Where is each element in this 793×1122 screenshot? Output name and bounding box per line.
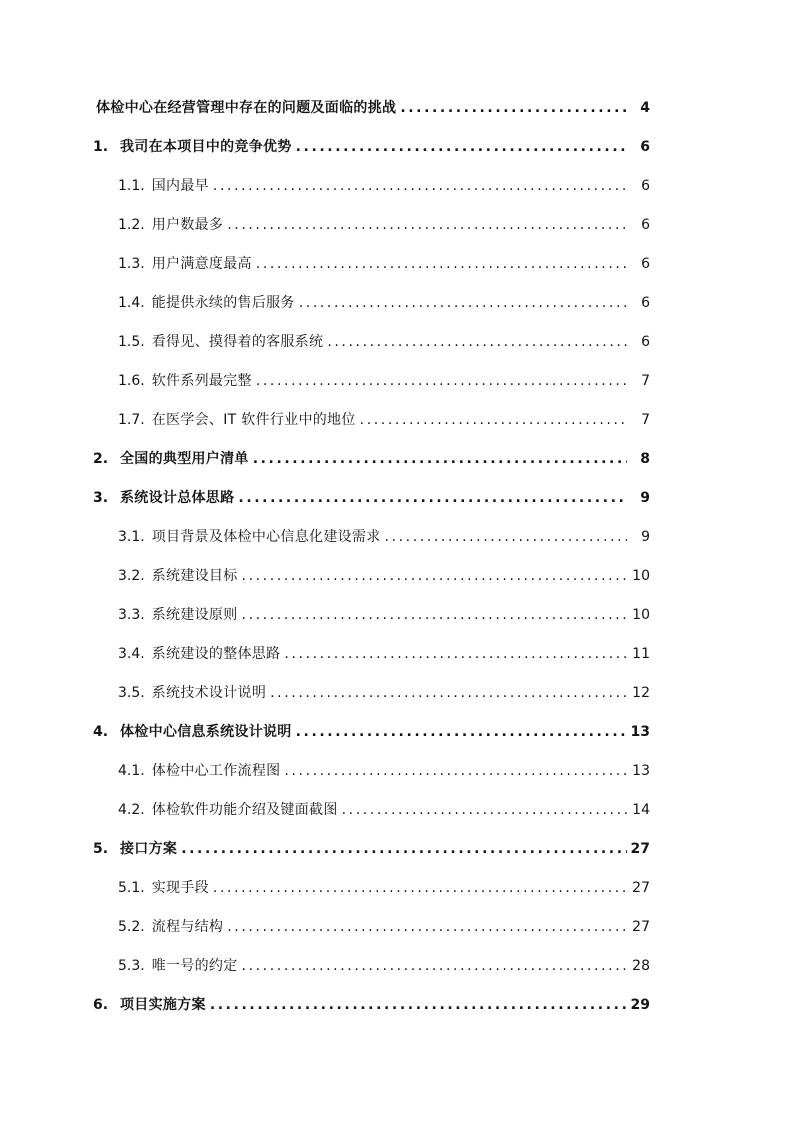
- toc-entry-page: 7: [630, 373, 650, 389]
- toc-entry-title: 项目背景及体检中心信息化建设需求: [152, 529, 381, 545]
- toc-entry-number: 3.: [93, 490, 120, 506]
- toc-dot-leader: [227, 217, 627, 233]
- toc-entry-page: 6: [630, 139, 650, 155]
- toc-entry-title: 流程与结构: [152, 919, 224, 935]
- toc-entry-title: 体检中心在经营管理中存在的问题及面临的挑战: [96, 100, 396, 116]
- document-page: 体检中心在经营管理中存在的问题及面临的挑战 4 1. 我司在本项目中的竞争优势 …: [0, 0, 793, 1122]
- toc-entry-title: 能提供永续的售后服务: [152, 295, 295, 311]
- toc-dot-leader: [242, 607, 627, 623]
- toc-entry-title: 软件系列最完整: [152, 373, 252, 389]
- toc-entry-page: 9: [630, 490, 650, 506]
- toc-entry-number: 4.2.: [118, 802, 145, 818]
- toc-entry: 4.2. 体检软件功能介绍及键面截图 14: [93, 802, 650, 818]
- toc-entry: 1.1. 国内最早 6: [93, 178, 650, 194]
- toc-entry: 5. 接口方案 27: [93, 841, 650, 857]
- toc-entry-page: 6: [630, 256, 650, 272]
- toc-entry: 2. 全国的典型用户清单 8: [93, 451, 650, 467]
- toc-entry-title: 唯一号的约定: [152, 958, 238, 974]
- toc-entry-number: 4.: [93, 724, 120, 740]
- toc-dot-leader: [299, 295, 627, 311]
- toc-dot-leader: [296, 139, 627, 155]
- toc-entry-number: 1.5.: [118, 334, 145, 350]
- toc-entry-page: 6: [630, 217, 650, 233]
- toc-entry: 4. 体检中心信息系统设计说明 13: [93, 724, 650, 740]
- toc-dot-leader: [213, 178, 627, 194]
- toc-dot-leader: [181, 841, 627, 857]
- toc-entry-number: 1.3.: [118, 256, 145, 272]
- toc-entry-page: 27: [630, 880, 650, 896]
- toc-entry-title: 全国的典型用户清单: [120, 451, 249, 467]
- toc-entry-page: 13: [630, 763, 650, 779]
- toc-entry-number: 1.1.: [118, 178, 145, 194]
- toc-entry-page: 9: [630, 529, 650, 545]
- toc-entry-title: 系统技术设计说明: [152, 685, 266, 701]
- toc-entry: 3.5. 系统技术设计说明 12: [93, 685, 650, 701]
- toc-entry: 1.3. 用户满意度最高 6: [93, 256, 650, 272]
- toc-entry: 5.3. 唯一号的约定 28: [93, 958, 650, 974]
- toc-entry-title: 项目实施方案: [120, 997, 206, 1013]
- toc-entry-page: 29: [630, 997, 650, 1013]
- toc-entry: 1.7. 在医学会、IT 软件行业中的地位 7: [93, 412, 650, 428]
- toc-entry: 4.1. 体检中心工作流程图 13: [93, 763, 650, 779]
- toc-entry: 3.2. 系统建设目标 10: [93, 568, 650, 584]
- toc-entry-number: 5.3.: [118, 958, 145, 974]
- toc-entry-page: 12: [630, 685, 650, 701]
- toc-entry: 3.1. 项目背景及体检中心信息化建设需求 9: [93, 529, 650, 545]
- toc-entry-page: 13: [630, 724, 650, 740]
- toc-entry-page: 14: [630, 802, 650, 818]
- toc-dot-leader: [385, 529, 627, 545]
- toc-dot-leader: [210, 997, 627, 1013]
- toc-entry-number: 5.: [93, 841, 120, 857]
- toc-entry-number: 3.2.: [118, 568, 145, 584]
- toc-entry: 3.3. 系统建设原则 10: [93, 607, 650, 623]
- toc-entry-title: 在医学会、IT 软件行业中的地位: [152, 412, 356, 428]
- toc-entry-title: 体检中心信息系统设计说明: [120, 724, 292, 740]
- toc-entry-title: 看得见、摸得着的客服系统: [152, 334, 324, 350]
- toc-entry-number: 3.1.: [118, 529, 145, 545]
- toc-entry: 1.6. 软件系列最完整 7: [93, 373, 650, 389]
- toc-entry-page: 10: [630, 568, 650, 584]
- toc-entry-number: 1.4.: [118, 295, 145, 311]
- toc-entry-page: 10: [630, 607, 650, 623]
- toc-entry: 3. 系统设计总体思路 9: [93, 490, 650, 506]
- toc-entry: 1.4. 能提供永续的售后服务 6: [93, 295, 650, 311]
- toc-dot-leader: [242, 568, 627, 584]
- toc-entry-page: 27: [630, 919, 650, 935]
- toc-entry-page: 4: [630, 100, 650, 116]
- toc-entry-page: 7: [630, 412, 650, 428]
- toc-dot-leader: [227, 919, 627, 935]
- toc-entry-number: 1.2.: [118, 217, 145, 233]
- toc-entry: 6. 项目实施方案 29: [93, 997, 650, 1013]
- toc-entry-page: 8: [630, 451, 650, 467]
- toc-entry-title: 用户满意度最高: [152, 256, 252, 272]
- toc-entry-title: 接口方案: [120, 841, 177, 857]
- toc-dot-leader: [270, 685, 627, 701]
- toc-entry-title: 系统设计总体思路: [120, 490, 234, 506]
- toc-entry-title: 用户数最多: [152, 217, 224, 233]
- toc-entry-number: 5.1.: [118, 880, 145, 896]
- toc-entry-number: 3.5.: [118, 685, 145, 701]
- toc-entry-number: 2.: [93, 451, 120, 467]
- toc-entry-page: 6: [630, 334, 650, 350]
- toc-entry: 1. 我司在本项目中的竞争优势 6: [93, 139, 650, 155]
- toc-dot-leader: [256, 256, 627, 272]
- toc-entry-number: 3.3.: [118, 607, 145, 623]
- toc-dot-leader: [296, 724, 627, 740]
- toc-dot-leader: [242, 958, 627, 974]
- toc-entry-page: 11: [630, 646, 650, 662]
- toc-entry-title: 系统建设目标: [152, 568, 238, 584]
- toc-entry: 5.2. 流程与结构 27: [93, 919, 650, 935]
- toc-entry: 5.1. 实现手段 27: [93, 880, 650, 896]
- toc-entry-title: 我司在本项目中的竞争优势: [120, 139, 292, 155]
- toc-entry-number: 4.1.: [118, 763, 145, 779]
- toc-entry-title: 体检中心工作流程图: [152, 763, 281, 779]
- toc-entry: 1.5. 看得见、摸得着的客服系统 6: [93, 334, 650, 350]
- toc-dot-leader: [284, 763, 627, 779]
- toc-entry-title: 系统建设的整体思路: [152, 646, 281, 662]
- toc-entry-title: 系统建设原则: [152, 607, 238, 623]
- toc-entry-page: 28: [630, 958, 650, 974]
- toc-dot-leader: [238, 490, 627, 506]
- toc-dot-leader: [253, 451, 627, 467]
- toc-entry-number: 1.7.: [118, 412, 145, 428]
- toc-entry-number: 5.2.: [118, 919, 145, 935]
- toc-dot-leader: [327, 334, 627, 350]
- toc-entry: 1.2. 用户数最多 6: [93, 217, 650, 233]
- toc-entry: 3.4. 系统建设的整体思路 11: [93, 646, 650, 662]
- toc-dot-leader: [342, 802, 627, 818]
- toc-entry-number: 3.4.: [118, 646, 145, 662]
- toc-dot-leader: [256, 373, 627, 389]
- toc-entry-number: 6.: [93, 997, 120, 1013]
- toc-dot-leader: [213, 880, 627, 896]
- toc-entry-title: 国内最早: [152, 178, 209, 194]
- toc-entry-number: 1.: [93, 139, 120, 155]
- toc-entry-title: 实现手段: [152, 880, 209, 896]
- toc-entry-number: 1.6.: [118, 373, 145, 389]
- toc-entry-page: 6: [630, 178, 650, 194]
- toc-dot-leader: [400, 100, 627, 116]
- toc-entry-page: 6: [630, 295, 650, 311]
- table-of-contents: 体检中心在经营管理中存在的问题及面临的挑战 4 1. 我司在本项目中的竞争优势 …: [0, 0, 793, 1013]
- toc-entry-page: 27: [630, 841, 650, 857]
- toc-dot-leader: [360, 412, 627, 428]
- toc-entry: 体检中心在经营管理中存在的问题及面临的挑战 4: [93, 100, 650, 116]
- toc-dot-leader: [284, 646, 627, 662]
- toc-entry-title: 体检软件功能介绍及键面截图: [152, 802, 338, 818]
